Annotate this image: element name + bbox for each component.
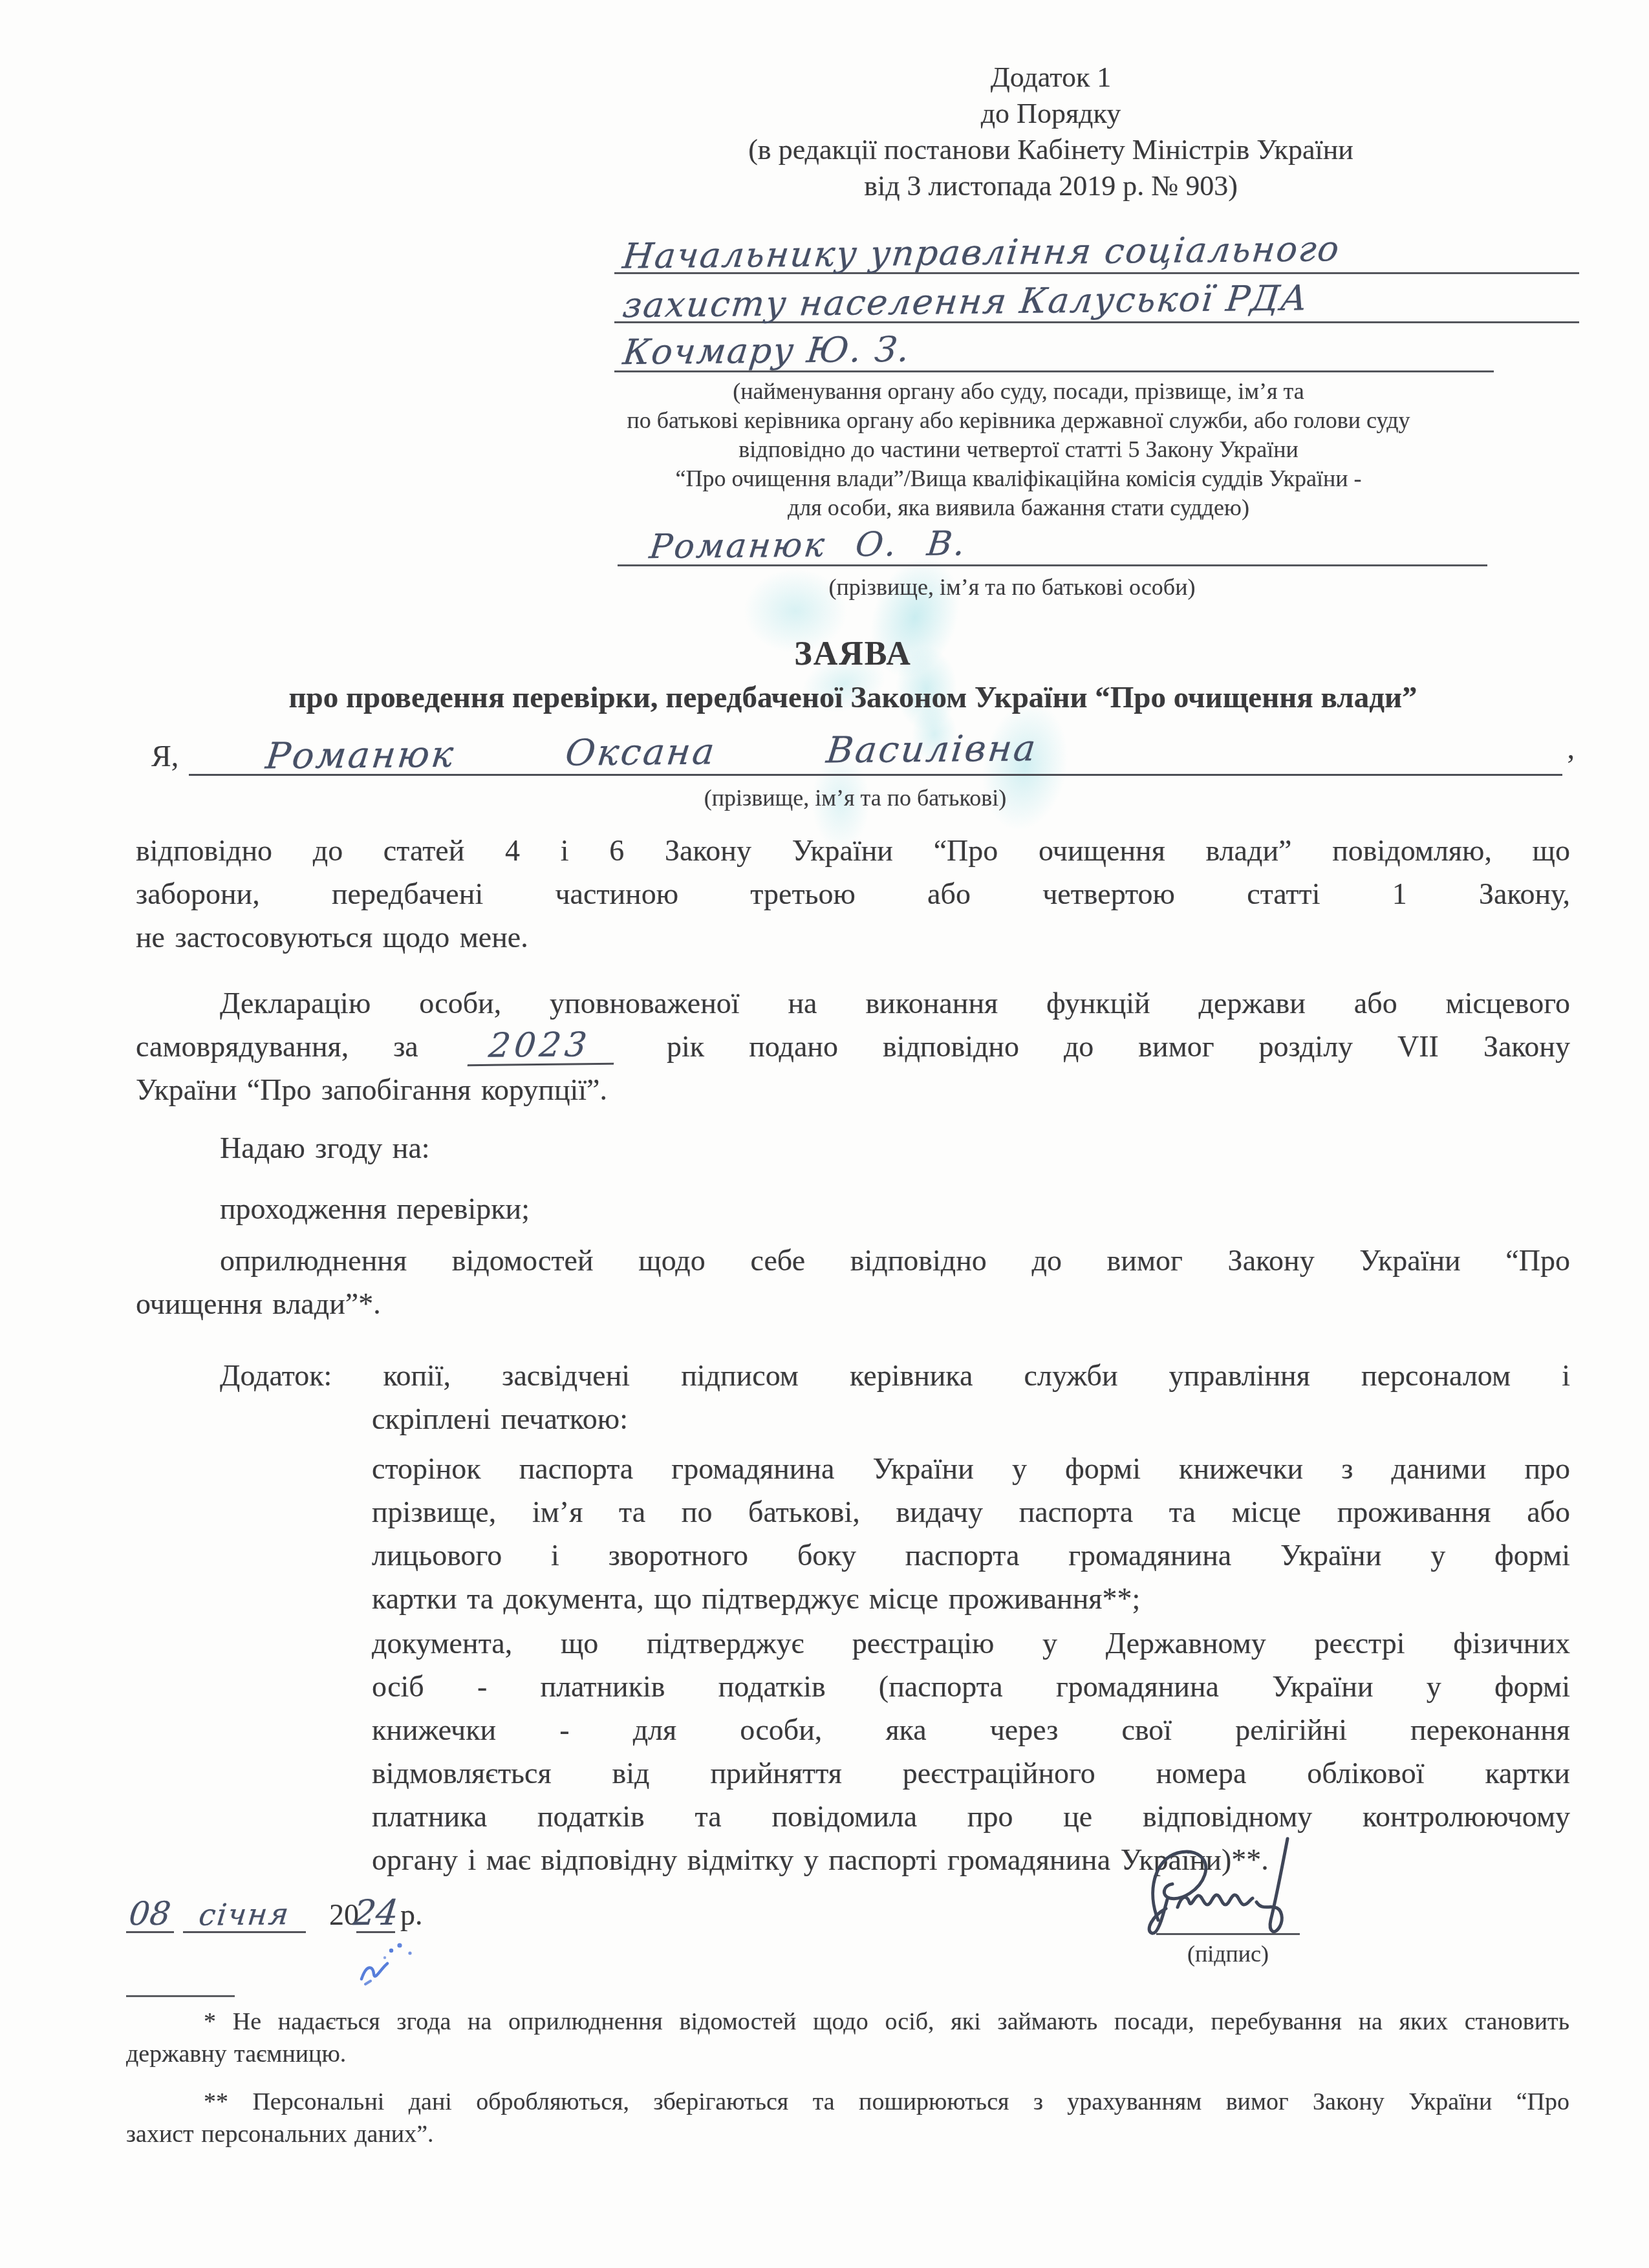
consent-item-2-line: очищення влади”*. bbox=[136, 1282, 1570, 1325]
applicant-trailing-comma: , bbox=[1562, 731, 1575, 776]
addressee-caption: (найменування органу або суду, посади, п… bbox=[543, 377, 1494, 522]
person-name-write-line: Романюк О. В. bbox=[618, 517, 1487, 566]
declaration-year-handwriting: 2023 bbox=[467, 1028, 618, 1066]
date-row: 08 січня 20 24 р. bbox=[126, 1887, 423, 1933]
consent-intro: Надаю згоду на: bbox=[136, 1126, 1570, 1170]
applicant-line: Я, Романюк Оксана Василівна , bbox=[136, 723, 1575, 776]
date-year-handwriting: 24 bbox=[351, 1895, 400, 1932]
attachment-item-line: осіб - платників податків (паспорта гром… bbox=[372, 1665, 1570, 1708]
footnote-line: захист персональних даних”. bbox=[126, 2118, 1569, 2150]
attachment-item-line: лицьового і зворотного боку паспорта гро… bbox=[372, 1534, 1570, 1577]
addressee-handwriting: Начальнику управління соціального bbox=[612, 230, 1342, 276]
signature-caption: (підпис) bbox=[1156, 1940, 1300, 1969]
declaration-line: Декларацію особи, уповноваженої на викон… bbox=[136, 981, 1570, 1025]
attachment-item-line: платника податків та повідомила про це в… bbox=[372, 1795, 1570, 1838]
footnote-line: державну таємницю. bbox=[126, 2038, 1569, 2070]
attachment-intro: Додаток: копії, засвідчені підписом кері… bbox=[136, 1354, 1570, 1440]
declaration-line-with-year: самоврядування, за 2023 рік подано відпо… bbox=[136, 1025, 1570, 1068]
footnote-2: ** Персональні дані обробляються, зберіг… bbox=[126, 2086, 1569, 2150]
person-name-handwriting: Романюк О. В. bbox=[615, 525, 969, 566]
attachment-item-line: документа, що підтверджує реєстрацію у Д… bbox=[372, 1621, 1570, 1665]
date-day-write-line: 08 bbox=[126, 1885, 174, 1933]
addressee-handwriting: Кочмару Ю. З. bbox=[612, 330, 912, 372]
attachment-block: Додаток: копії, засвідчені підписом кері… bbox=[136, 1354, 1570, 1881]
declaration-line: України “Про запобігання корупції”. bbox=[136, 1068, 1570, 1111]
footnote-1: * Не надається згода на оприлюднення від… bbox=[126, 2006, 1569, 2070]
appendix-note-line: до Порядку bbox=[685, 96, 1416, 132]
applicant-pronoun: Я, bbox=[136, 739, 189, 776]
document-title: ЗАЯВА bbox=[136, 635, 1570, 673]
attachment-item-2: документа, що підтверджує реєстрацію у Д… bbox=[136, 1621, 1570, 1881]
addressee-write-line: захисту населення Калуської РДА bbox=[614, 274, 1579, 323]
declaration-text-before-year: самоврядування, за bbox=[136, 1030, 418, 1063]
date-month-write-line: січня bbox=[183, 1885, 306, 1933]
applicant-name-write-line: Романюк Оксана Василівна bbox=[189, 721, 1562, 776]
blue-pen-mark bbox=[352, 1936, 430, 1995]
date-day-handwriting: 08 bbox=[127, 1896, 173, 1932]
statement-line: заборони, передбачені частиною третьою а… bbox=[136, 872, 1570, 915]
attachment-item-line: відмовляється від прийняття реєстраційно… bbox=[372, 1751, 1570, 1795]
addressee-block: Начальнику управління соціального захист… bbox=[614, 225, 1579, 372]
attachment-item-line: картки та документа, що підтверджує місц… bbox=[372, 1577, 1570, 1620]
statement-line: відповідно до статей 4 і 6 Закону Україн… bbox=[136, 829, 1570, 872]
applicant-caption: (прізвище, ім’я та по батькові) bbox=[136, 784, 1575, 813]
attachment-item-line: органу і має відповідну відмітку у паспо… bbox=[372, 1838, 1570, 1881]
signature-line bbox=[1156, 1933, 1300, 1935]
consent-item-2: оприлюднення відомостей щодо себе відпов… bbox=[136, 1239, 1570, 1325]
person-name-caption: (прізвище, ім’я та по батькові особи) bbox=[582, 573, 1442, 602]
applicant-name-handwriting: Романюк Оксана Василівна bbox=[186, 728, 1040, 778]
date-month-handwriting: січня bbox=[197, 1897, 292, 1931]
document-subtitle: про проведення перевірки, передбаченої З… bbox=[136, 680, 1570, 715]
footnote-separator bbox=[126, 1995, 235, 1997]
footnote-line: ** Персональні дані обробляються, зберіг… bbox=[126, 2086, 1569, 2118]
attachment-item-line: прізвище, ім’я та по батькові, видачу па… bbox=[372, 1490, 1570, 1534]
attachment-intro-line: скріплені печаткою: bbox=[372, 1402, 628, 1435]
addressee-caption-line: по батькові керівника органу або керівни… bbox=[543, 406, 1494, 435]
addressee-caption-line: відповідно до частини четвертої статті 5… bbox=[543, 435, 1494, 464]
addressee-caption-line: “Про очищення влади”/Вища кваліфікаційна… bbox=[543, 464, 1494, 493]
appendix-note: Додаток 1 до Порядку (в редакції постано… bbox=[685, 59, 1416, 204]
addressee-write-line: Кочмару Ю. З. bbox=[614, 323, 1494, 372]
addressee-handwriting: захисту населення Калуської РДА bbox=[612, 279, 1311, 325]
attachment-item-line: книжечки - для особи, яка через свої рел… bbox=[372, 1708, 1570, 1751]
attachment-item-1: сторінок паспорта громадянина України у … bbox=[136, 1447, 1570, 1620]
scanned-application-document: Додаток 1 до Порядку (в редакції постано… bbox=[0, 0, 1649, 2268]
addressee-caption-line: (найменування органу або суду, посади, п… bbox=[543, 377, 1494, 406]
declaration-text-after-year: рік подано відповідно до вимог розділу V… bbox=[667, 1030, 1570, 1063]
date-year-write-line: 24 bbox=[356, 1885, 395, 1933]
attachment-intro-line: Додаток: копії, засвідчені підписом кері… bbox=[372, 1354, 1570, 1397]
attachment-item-line: сторінок паспорта громадянина України у … bbox=[372, 1447, 1570, 1490]
consent-item-1: проходження перевірки; bbox=[136, 1187, 1570, 1230]
statement-paragraph: відповідно до статей 4 і 6 Закону Україн… bbox=[136, 829, 1570, 959]
declaration-paragraph: Декларацію особи, уповноваженої на викон… bbox=[136, 981, 1570, 1111]
footnote-line: * Не надається згода на оприлюднення від… bbox=[126, 2006, 1569, 2038]
consent-item-2-line: оприлюднення відомостей щодо себе відпов… bbox=[136, 1239, 1570, 1282]
appendix-note-line: Додаток 1 bbox=[685, 59, 1416, 96]
statement-line: не застосовуються щодо мене. bbox=[136, 915, 1570, 959]
appendix-note-line: від 3 листопада 2019 р. № 903) bbox=[685, 168, 1416, 204]
appendix-note-line: (в редакції постанови Кабінету Міністрів… bbox=[685, 132, 1416, 168]
addressee-write-line: Начальнику управління соціального bbox=[614, 225, 1579, 274]
